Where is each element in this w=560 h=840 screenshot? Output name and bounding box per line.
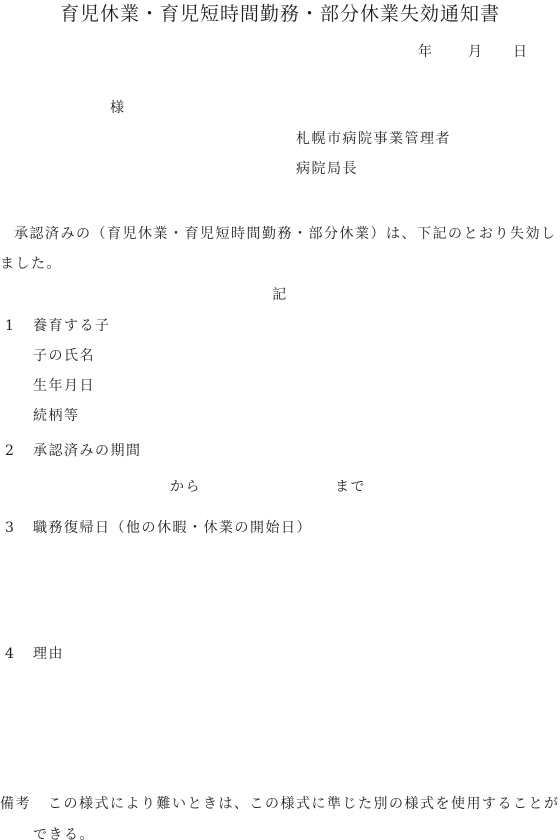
remarks-line-1: この様式により難いときは、この様式に準じた別の様式を使用することが <box>48 796 560 812</box>
item-1-field-birthdate: 生年月日 <box>33 378 95 394</box>
period-from-label: から <box>170 479 201 495</box>
date-year-label: 年 <box>418 44 434 60</box>
item-3-number: 3 <box>5 520 15 536</box>
record-marker: 記 <box>0 287 560 303</box>
item-1-field-child-name: 子の氏名 <box>33 348 95 364</box>
addressee-honorific: 様 <box>110 100 126 116</box>
period-to-label: まで <box>335 479 366 495</box>
item-1-label: 養育する子 <box>33 318 111 334</box>
document-page: 育児休業・育児短時間勤務・部分休業失効通知書 年 月 日 様 札幌市病院事業管理… <box>0 0 560 840</box>
body-line-1: 承認済みの（育児休業・育児短時間勤務・部分休業）は、下記のとおり失効し <box>14 226 557 242</box>
date-month-label: 月 <box>468 44 484 60</box>
issuer-position: 病院局長 <box>296 161 358 177</box>
issuer-title: 札幌市病院事業管理者 <box>296 131 451 147</box>
document-title: 育児休業・育児短時間勤務・部分休業失効通知書 <box>0 2 560 26</box>
item-1-field-relationship: 続柄等 <box>33 408 80 424</box>
date-day-label: 日 <box>513 44 529 60</box>
item-4-number: 4 <box>5 646 15 662</box>
item-2-label: 承認済みの期間 <box>33 443 142 459</box>
item-4-label: 理由 <box>33 646 64 662</box>
item-1-number: 1 <box>5 318 15 334</box>
body-line-2: ました。 <box>0 256 62 272</box>
item-3-label: 職務復帰日（他の休暇・休業の開始日） <box>33 520 312 536</box>
remarks-line-2: できる。 <box>33 827 95 840</box>
remarks-label: 備考 <box>0 796 31 812</box>
item-2-number: 2 <box>5 443 15 459</box>
